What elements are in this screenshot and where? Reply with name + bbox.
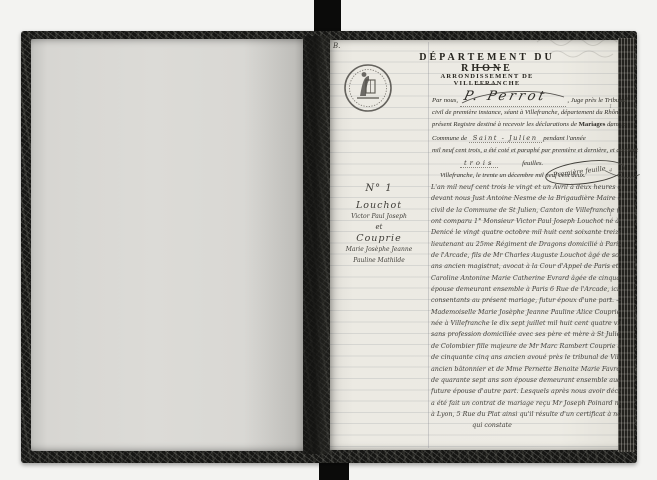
act-line: future épouse d'autre part. Lesquels apr… xyxy=(431,386,617,397)
act-line: Mademoiselle Marie Josèphe Jeanne Paulin… xyxy=(431,307,617,318)
margin-et: et xyxy=(332,222,426,233)
act-line: Denicé le vingt quatre octobre mil huit … xyxy=(431,227,617,238)
act-line: née à Villefranche le dix sept juillet m… xyxy=(431,318,617,329)
act-line: Caroline Antonine Marie Catherine Evrard… xyxy=(431,273,617,284)
subheader-rule xyxy=(476,84,498,85)
act-line: de quarante sept ans son épouse demeuran… xyxy=(431,375,617,386)
act-line: qui constate xyxy=(431,420,617,431)
act-line: de l'Arcade, fils de Mr Charles Auguste … xyxy=(431,250,617,261)
signature-flourish xyxy=(458,88,568,108)
groom-firstnames: Victor Paul Joseph xyxy=(332,211,426,222)
scanned-register-page: B. DÉPARTEMENT DU RHONE ARRONDISSEMENT D… xyxy=(0,0,657,480)
commune-name-handwritten: Saint - Julien xyxy=(469,134,542,143)
form-line-3: présent Registre destiné à recevoir les … xyxy=(432,119,624,131)
form-line-2: civil de première instance, séant à Vill… xyxy=(432,107,624,119)
margin-tick: 2 xyxy=(609,298,612,304)
form-line-1-post: , Juge près le Tribunal xyxy=(567,97,627,104)
folio-mark: B. xyxy=(333,42,340,50)
act-line: devant nous Just Antoine Nesme de la Bri… xyxy=(431,193,617,204)
bride-surname: Couprie xyxy=(332,233,426,244)
header-rule xyxy=(473,67,501,68)
register-type-label: Mariages xyxy=(579,121,606,128)
act-line: civil de la Commune de St Julien, Canton… xyxy=(431,205,617,216)
form-line-4: Commune de Saint - Julien pendant l'anné… xyxy=(432,132,624,145)
act-line: de cinquante cinq ans ancien avoué près … xyxy=(431,352,617,363)
form-line-5: mil neuf cent trois, a été coté et parap… xyxy=(432,145,624,157)
act-margin-annotation: N° 1 Louchot Victor Paul Joseph et Coupr… xyxy=(332,183,426,266)
book-gutter-shadow xyxy=(303,36,333,454)
margin-tick: 4 xyxy=(609,168,612,174)
form-line-6-post: feuilles. xyxy=(522,160,543,167)
act-line: ont comparu 1° Monsieur Victor Paul Jose… xyxy=(431,216,617,227)
act-line: ans ancien magistrat, avocat à la Cour d… xyxy=(431,261,617,272)
margin-tick: 1 xyxy=(609,104,612,110)
department-title: DÉPARTEMENT DU RHONE xyxy=(402,52,572,74)
act-line: à Lyon, 5 Rue du Plat ainsi qu'il résult… xyxy=(431,409,617,420)
groom-surname: Louchot xyxy=(332,200,426,211)
bride-firstnames-2: Pauline Mathilde xyxy=(332,255,426,266)
act-line: épouse demeurant ensemble à Paris 6 Rue … xyxy=(431,284,617,295)
margin-tick: 4 xyxy=(609,123,612,129)
left-blank-page xyxy=(31,39,303,451)
act-line: lieutenant au 25me Régiment de Dragons d… xyxy=(431,239,617,250)
form-line-1-pre: Par nous, xyxy=(432,97,458,104)
act-line: sans profession domiciliée avec ses père… xyxy=(431,329,617,340)
act-line: ancien bâtonnier et de Mme Pernette Beno… xyxy=(431,364,617,375)
margin-tick: 1 xyxy=(609,212,612,218)
act-line: consentants au présent mariage, futur ép… xyxy=(431,295,617,306)
official-seal-icon xyxy=(342,62,394,114)
form-line-3-pre: présent Registre destiné à recevoir les … xyxy=(432,121,577,128)
act-number: N° 1 xyxy=(332,183,426,194)
judge-signature: P. Perrot xyxy=(458,88,568,108)
sheet-count-handwritten: trois xyxy=(460,159,498,168)
act-line: L'an mil neuf cent trois le vingt et un … xyxy=(431,182,617,193)
margin-rule-line xyxy=(428,42,429,448)
act-line: a été fait un contrat de mariage reçu Mr… xyxy=(431,398,617,409)
form-line-4-pre: Commune de xyxy=(432,135,467,142)
bride-firstnames-1: Marie Josèphe Jeanne xyxy=(332,244,426,255)
act-body-text: L'an mil neuf cent trois le vingt et un … xyxy=(431,182,621,438)
act-line: de Colombier fille majeure de Mr Marc Ra… xyxy=(431,341,617,352)
form-line-4-post: pendant l'année xyxy=(543,135,585,142)
